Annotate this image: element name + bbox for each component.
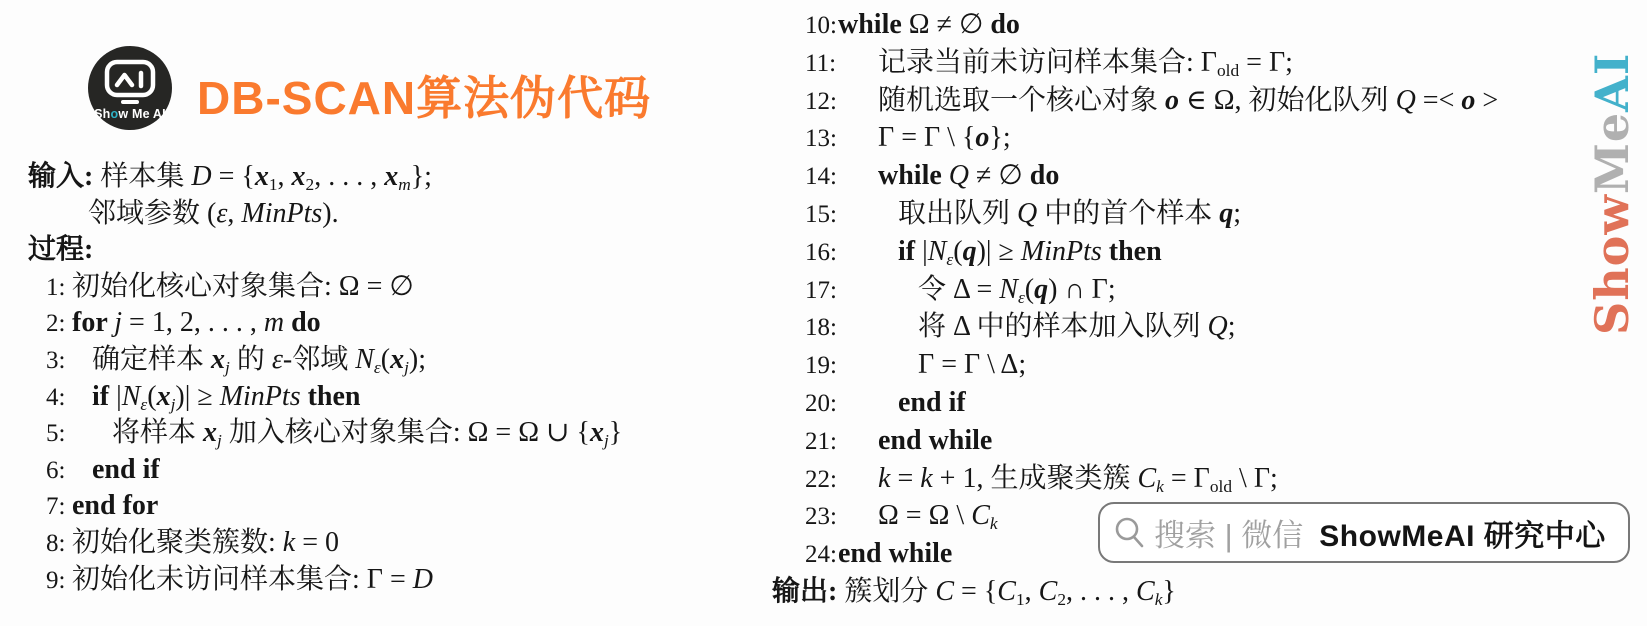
search-brand-text: ShowMeAI 研究中心 <box>1319 511 1606 555</box>
code-text: 初始化核心对象集合: Ω = ∅ <box>72 271 414 302</box>
code-line: 18:将 Δ 中的样本加入队列 Q; <box>805 308 1645 346</box>
code-line: 邻域参数 (ε, MinPts). <box>28 196 748 233</box>
code-text: Γ = Γ \ Δ; <box>838 349 1026 380</box>
code-text: 输出: 簇划分 C = {C1, C2, . . . , Ck} <box>772 576 1176 607</box>
code-line: 1:初始化核心对象集合: Ω = ∅ <box>28 269 748 306</box>
code-text: Ω = Ω \ Ck <box>838 500 998 531</box>
code-line: 17:令 Δ = Nε(q) ∩ Γ; <box>805 271 1645 309</box>
code-text: end while <box>838 538 952 569</box>
code-line: 19:Γ = Γ \ Δ; <box>805 346 1645 384</box>
code-line: 16:if |Nε(q)| ≥ MinPts then <box>805 233 1645 271</box>
line-number: 1: <box>46 270 72 307</box>
line-number: 7: <box>46 489 72 526</box>
line-number: 15: <box>805 196 838 234</box>
code-line: 6:end if <box>28 452 748 489</box>
code-text: 将样本 xj 加入核心对象集合: Ω = Ω ∪ {xj} <box>72 417 622 448</box>
line-number: 10: <box>805 7 838 45</box>
code-text: Γ = Γ \ {o}; <box>838 122 1011 153</box>
line-number: 9: <box>46 563 72 600</box>
line-number: 16: <box>805 234 838 272</box>
code-line: 20:end if <box>805 384 1645 422</box>
code-line: 14:while Q ≠ ∅ do <box>805 157 1645 195</box>
code-text: end for <box>72 490 158 521</box>
code-text: if |Nε(q)| ≥ MinPts then <box>838 236 1162 267</box>
line-number: 21: <box>805 423 838 461</box>
code-text: 过程: <box>28 234 93 265</box>
code-line: 输出: 簇划分 C = {C1, C2, . . . , Ck} <box>772 573 1645 611</box>
line-number: 17: <box>805 272 838 310</box>
logo-text: Show Me AI <box>88 107 172 121</box>
code-text: 取出队列 Q 中的首个样本 q; <box>838 198 1241 229</box>
line-number: 24: <box>805 536 838 574</box>
line-number: 4: <box>46 380 72 417</box>
line-number: 14: <box>805 158 838 196</box>
search-placeholder: 搜索 | 微信 <box>1154 510 1303 555</box>
code-line: 8:初始化聚类簇数: k = 0 <box>28 525 748 562</box>
page-title: DB-SCAN算法伪代码 <box>197 62 651 128</box>
code-text: 令 Δ = Nε(q) ∩ Γ; <box>838 274 1116 305</box>
code-text: for j = 1, 2, . . . , m do <box>72 307 321 338</box>
line-number: 8: <box>46 526 72 563</box>
code-line: 13:Γ = Γ \ {o}; <box>805 119 1645 157</box>
code-text: if |Nε(xj)| ≥ MinPts then <box>72 381 361 412</box>
line-number: 11: <box>805 45 838 83</box>
code-text: end if <box>72 454 160 485</box>
code-line: 4:if |Nε(xj)| ≥ MinPts then <box>28 379 748 416</box>
line-number: 5: <box>46 416 72 453</box>
code-line: 11:记录当前未访问样本集合: Γold = Γ; <box>805 44 1645 82</box>
code-text: end if <box>838 387 966 418</box>
code-text: 将 Δ 中的样本加入队列 Q; <box>838 311 1235 342</box>
showmeai-logo: Show Me AI <box>88 46 172 130</box>
search-icon <box>1112 515 1148 551</box>
code-line: 7:end for <box>28 488 748 525</box>
code-line: 9:初始化未访问样本集合: Γ = D <box>28 562 748 599</box>
line-number: 2: <box>46 306 72 343</box>
code-text: 初始化未访问样本集合: Γ = D <box>72 564 433 595</box>
code-line: 15:取出队列 Q 中的首个样本 q; <box>805 195 1645 233</box>
code-text: while Q ≠ ∅ do <box>838 160 1059 191</box>
code-text: while Ω ≠ ∅ do <box>838 9 1020 40</box>
line-number: 6: <box>46 453 72 490</box>
code-line: 过程: <box>28 232 748 269</box>
code-text: end while <box>838 425 992 456</box>
code-line: 2:for j = 1, 2, . . . , m do <box>28 305 748 342</box>
code-line: 5:将样本 xj 加入核心对象集合: Ω = Ω ∪ {xj} <box>28 415 748 452</box>
code-text: 随机选取一个核心对象 o ∈ Ω, 初始化队列 Q =< o > <box>838 85 1498 116</box>
page: Show Me AI DB-SCAN算法伪代码 输入: 样本集 D = {x1,… <box>0 0 1647 626</box>
code-text: 邻域参数 (ε, MinPts). <box>28 198 339 229</box>
code-text: 输入: 样本集 D = {x1, x2, . . . , xm}; <box>28 161 432 192</box>
logo-text-part: w Me AI <box>118 107 165 121</box>
pseudocode-left-column: 输入: 样本集 D = {x1, x2, . . . , xm};邻域参数 (ε… <box>28 159 748 598</box>
code-text: k = k + 1, 生成聚类簇 Ck = Γold \ Γ; <box>838 463 1278 494</box>
line-number: 23: <box>805 498 838 536</box>
line-number: 3: <box>46 343 72 380</box>
code-text: 记录当前未访问样本集合: Γold = Γ; <box>838 47 1293 78</box>
line-number: 18: <box>805 309 838 347</box>
code-line: 21:end while <box>805 422 1645 460</box>
code-line: 输入: 样本集 D = {x1, x2, . . . , xm}; <box>28 159 748 196</box>
line-number: 13: <box>805 120 838 158</box>
code-text: 初始化聚类簇数: k = 0 <box>72 527 339 558</box>
line-number: 22: <box>805 461 838 499</box>
code-line: 10:while Ω ≠ ∅ do <box>805 6 1645 44</box>
line-number: 20: <box>805 385 838 423</box>
logo-text-part: Sh <box>94 107 110 121</box>
code-text: 确定样本 xj 的 ε-邻域 Nε(xj); <box>72 344 426 375</box>
line-number: 19: <box>805 347 838 385</box>
code-line: 22:k = k + 1, 生成聚类簇 Ck = Γold \ Γ; <box>805 460 1645 498</box>
wechat-search-bar[interactable]: 搜索 | 微信 ShowMeAI 研究中心 <box>1098 502 1630 563</box>
line-number: 12: <box>805 83 838 121</box>
code-line: 12:随机选取一个核心对象 o ∈ Ω, 初始化队列 Q =< o > <box>805 82 1645 120</box>
code-line: 3:确定样本 xj 的 ε-邻域 Nε(xj); <box>28 342 748 379</box>
